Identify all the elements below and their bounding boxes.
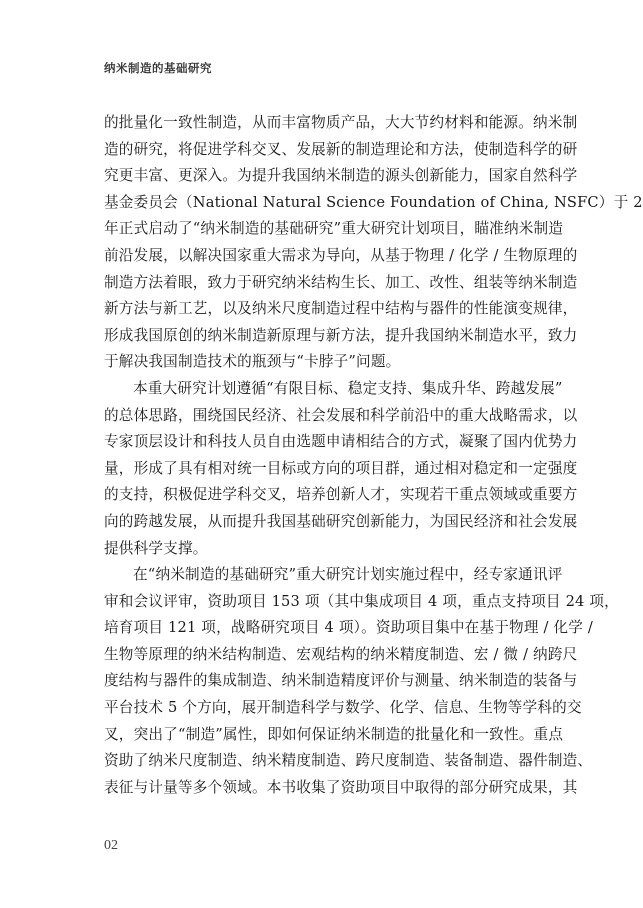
paragraph-1: 的批量化一致性制造，从而丰富物质产品，大大节约材料和能源。纳米制 造的研究，将促…	[104, 110, 558, 376]
text-line: 新方法与新工艺，以及纳米尺度制造过程中结构与器件的性能演变规律，	[104, 296, 558, 323]
text-line: 度结构与器件的集成制造、纳米制造精度评价与测量、纳米制造的装备与	[104, 668, 558, 695]
text-line: 量，形成了具有相对统一目标或方向的项目群，通过相对稳定和一定强度	[104, 456, 558, 483]
page-number: 02	[104, 838, 118, 854]
text-line: 生物等原理的纳米结构制造、宏观结构的纳米精度制造、宏 / 微 / 纳跨尺	[104, 642, 558, 669]
body-text: 的批量化一致性制造，从而丰富物质产品，大大节约材料和能源。纳米制 造的研究，将促…	[104, 110, 558, 801]
text-line: 年正式启动了“纳米制造的基础研究”重大研究计划项目，瞄准纳米制造	[104, 216, 558, 243]
text-line: 表征与计量等多个领域。本书收集了资助项目中取得的部分研究成果，其	[104, 775, 558, 802]
text-line: 向的跨越发展，从而提升我国基础研究创新能力，为国民经济和社会发展	[104, 509, 558, 536]
text-line: 究更丰富、更深入。为提升我国纳米制造的源头创新能力，国家自然科学	[104, 163, 558, 190]
text-line: 培育项目 121 项，战略研究项目 4 项）。资助项目集中在基于物理 / 化学 …	[104, 615, 558, 642]
text-line: 提供科学支撑。	[104, 536, 558, 563]
text-line: 在“纳米制造的基础研究”重大研究计划实施过程中，经专家通讯评	[104, 562, 558, 589]
text-line: 形成我国原创的纳米制造新原理与新方法，提升我国纳米制造水平，致力	[104, 323, 558, 350]
text-line: 前沿发展，以解决国家重大需求为导向，从基于物理 / 化学 / 生物原理的	[104, 243, 558, 270]
text-line: 审和会议评审，资助项目 153 项（其中集成项目 4 项，重点支持项目 24 项…	[104, 589, 558, 616]
text-line: 的支持，积极促进学科交叉，培养创新人才，实现若干重点领域或重要方	[104, 482, 558, 509]
text-line: 资助了纳米尺度制造、纳米精度制造、跨尺度制造、装备制造、器件制造、	[104, 748, 558, 775]
text-line: 平台技术 5 个方向，展开制造科学与数学、化学、信息、生物等学科的交	[104, 695, 558, 722]
text-line: 的总体思路，围绕国民经济、社会发展和科学前沿中的重大战略需求，以	[104, 403, 558, 430]
text-line: 制造方法着眼，致力于研究纳米结构生长、加工、改性、组装等纳米制造	[104, 270, 558, 297]
text-line: 造的研究，将促进学科交叉、发展新的制造理论和方法，使制造科学的研	[104, 137, 558, 164]
text-line: 基金委员会（National Natural Science Foundatio…	[104, 190, 558, 217]
text-line: 本重大研究计划遵循“有限目标、稳定支持、集成升华、跨越发展”	[104, 376, 558, 403]
text-line: 于解决我国制造技术的瓶颈与“卡脖子”问题。	[104, 349, 558, 376]
running-header-title: 纳米制造的基础研究	[104, 60, 212, 76]
text-line: 叉，突出了“制造”属性，即如何保证纳米制造的批量化和一致性。重点	[104, 722, 558, 749]
paragraph-3: 在“纳米制造的基础研究”重大研究计划实施过程中，经专家通讯评 审和会议评审，资助…	[104, 562, 558, 801]
text-line: 的批量化一致性制造，从而丰富物质产品，大大节约材料和能源。纳米制	[104, 110, 558, 137]
text-line: 专家顶层设计和科技人员自由选题申请相结合的方式，凝聚了国内优势力	[104, 429, 558, 456]
paragraph-2: 本重大研究计划遵循“有限目标、稳定支持、集成升华、跨越发展” 的总体思路，围绕国…	[104, 376, 558, 562]
